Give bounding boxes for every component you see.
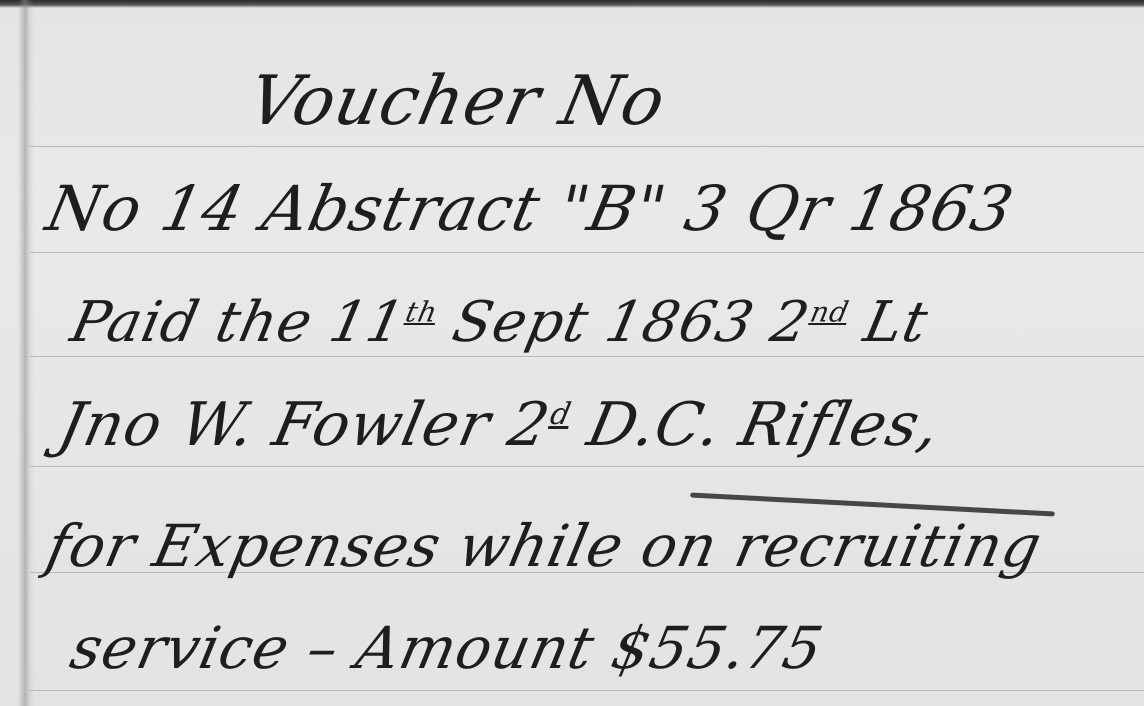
voucher-title: Voucher No: [242, 62, 673, 141]
paid-line: Paid the 11th Sept 1863 2nd Lt: [65, 290, 934, 355]
payee-name: Jno W. Fowler 2: [53, 390, 557, 460]
expenses-text: for Expenses while on recruiting: [41, 512, 1048, 580]
abstract-text: Abstract "B" 3 Qr 1863: [256, 172, 1020, 245]
ruled-line: [30, 690, 1144, 691]
rank-text: Lt: [840, 290, 934, 355]
expenses-line: for Expenses while on recruiting: [41, 512, 1048, 580]
entry-number: No 14: [40, 172, 251, 245]
paid-date-rank: Sept 1863 2: [428, 290, 815, 355]
voucher-title-text: Voucher No: [242, 62, 673, 141]
abstract-line: No 14 Abstract "B" 3 Qr 1863: [40, 172, 1020, 245]
amount-line: service – Amount $55.75: [65, 614, 829, 682]
unit-text: D.C. Rifles,: [561, 390, 946, 460]
ruled-line: [30, 146, 1144, 147]
amount-text: service – Amount $55.75: [65, 614, 829, 682]
card-top-edge: [0, 0, 1144, 8]
voucher-card: Voucher No No 14 Abstract "B" 3 Qr 1863 …: [0, 0, 1144, 706]
payee-line: Jno W. Fowler 2d D.C. Rifles,: [53, 390, 947, 460]
paid-text: Paid the 11: [65, 290, 411, 355]
left-margin-line: [18, 0, 34, 706]
ruled-line: [30, 466, 1144, 467]
ruled-line: [30, 356, 1144, 357]
ruled-line: [30, 252, 1144, 253]
